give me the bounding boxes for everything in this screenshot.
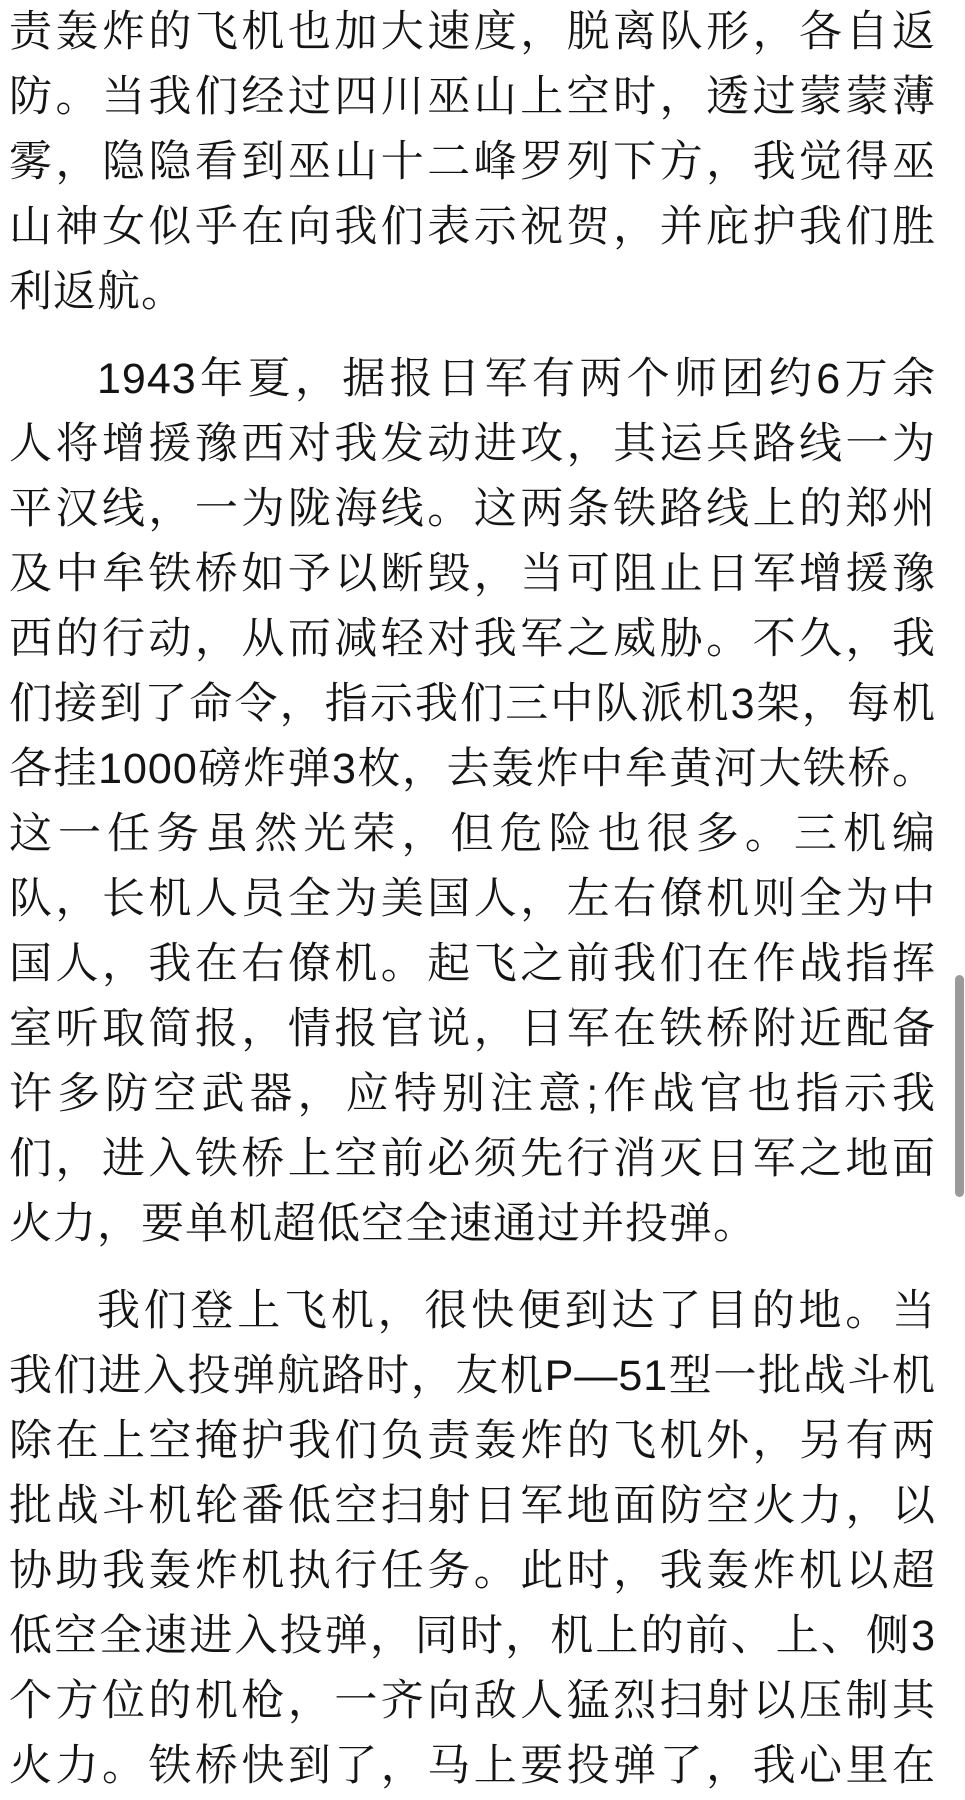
paragraph: 1943年夏，据报日军有两个师团约6万余人将增援豫西对我发动进攻，其运兵路线一为… — [9, 347, 936, 1257]
text-line: 队，长机人员全为美国人，左右僚机则全为中 — [9, 867, 936, 932]
text-line: 防。当我们经过四川巫山上空时，透过蒙蒙薄 — [9, 65, 936, 130]
text-line: 雾，隐隐看到巫山十二峰罗列下方，我觉得巫 — [9, 130, 936, 195]
scrollbar-thumb[interactable] — [955, 975, 964, 1197]
reader-page: 责轰炸的飞机也加大速度，脱离队形，各自返防。当我们经过四川巫山上空时，透过蒙蒙薄… — [0, 0, 965, 1800]
text-content: 责轰炸的飞机也加大速度，脱离队形，各自返防。当我们经过四川巫山上空时，透过蒙蒙薄… — [9, 0, 936, 1799]
text-line: 火力，要单机超低空全速通过并投弹。 — [9, 1192, 936, 1257]
text-line: 西的行动，从而减轻对我军之威胁。不久，我 — [9, 607, 936, 672]
text-line: 低空全速进入投弹，同时，机上的前、上、侧3 — [9, 1604, 936, 1669]
text-line: 及中牟铁桥如予以断毁，当可阻止日军增援豫 — [9, 542, 936, 607]
text-line: 利返航。 — [9, 260, 936, 325]
text-line: 我们进入投弹航路时，友机P—51型一批战斗机 — [9, 1344, 936, 1409]
text-line: 个方位的机枪，一齐向敌人猛烈扫射以压制其 — [9, 1669, 936, 1734]
text-line: 各挂1000磅炸弹3枚，去轰炸中牟黄河大铁桥。 — [9, 737, 936, 802]
text-line: 1943年夏，据报日军有两个师团约6万余 — [9, 347, 936, 412]
text-line: 山神女似乎在向我们表示祝贺，并庇护我们胜 — [9, 195, 936, 260]
text-line: 这一任务虽然光荣，但危险也很多。三机编 — [9, 802, 936, 867]
paragraph: 责轰炸的飞机也加大速度，脱离队形，各自返防。当我们经过四川巫山上空时，透过蒙蒙薄… — [9, 0, 936, 325]
text-line: 们接到了命令，指示我们三中队派机3架，每机 — [9, 672, 936, 737]
text-line: 们，进入铁桥上空前必须先行消灭日军之地面 — [9, 1127, 936, 1192]
text-line: 批战斗机轮番低空扫射日军地面防空火力，以 — [9, 1474, 936, 1539]
text-line: 室听取简报，情报官说，日军在铁桥附近配备 — [9, 997, 936, 1062]
text-line: 除在上空掩护我们负责轰炸的飞机外，另有两 — [9, 1409, 936, 1474]
text-line: 协助我轰炸机执行任务。此时，我轰炸机以超 — [9, 1539, 936, 1604]
text-line: 许多防空武器，应特别注意;作战官也指示我 — [9, 1062, 936, 1127]
text-line: 火力。铁桥快到了，马上要投弹了，我心里在 — [9, 1734, 936, 1799]
text-line: 责轰炸的飞机也加大速度，脱离队形，各自返 — [9, 0, 936, 65]
text-line: 人将增援豫西对我发动进攻，其运兵路线一为 — [9, 412, 936, 477]
text-line: 我们登上飞机，很快便到达了目的地。当 — [9, 1279, 936, 1344]
text-line: 平汉线，一为陇海线。这两条铁路线上的郑州 — [9, 477, 936, 542]
paragraph: 我们登上飞机，很快便到达了目的地。当我们进入投弹航路时，友机P—51型一批战斗机… — [9, 1279, 936, 1799]
text-line: 国人，我在右僚机。起飞之前我们在作战指挥 — [9, 932, 936, 997]
